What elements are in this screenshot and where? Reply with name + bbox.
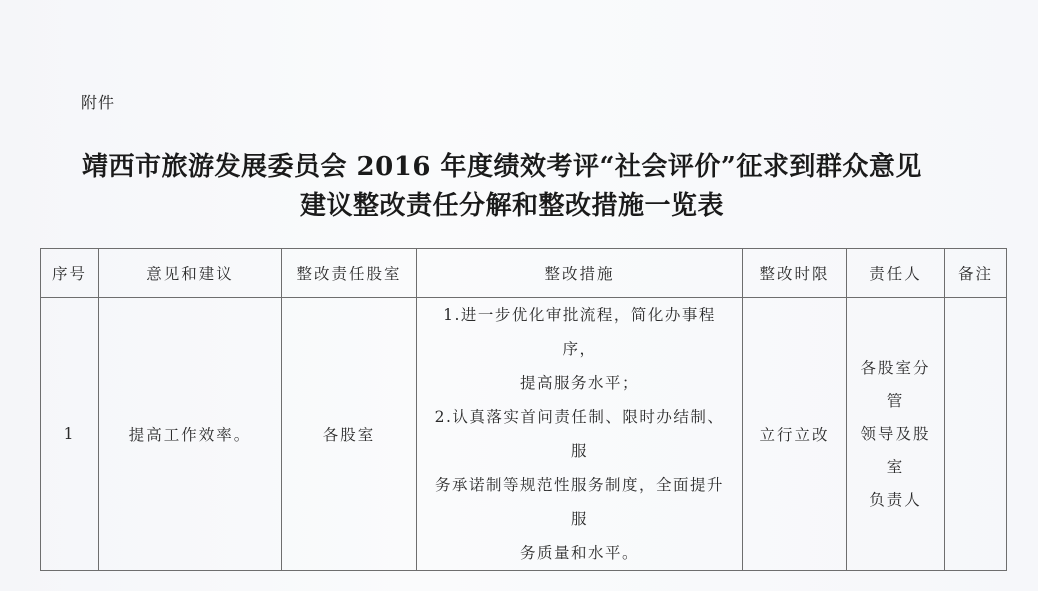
- table-header-row: 序号 意见和建议 整改责任股室 整改措施 整改时限 责任人 备注: [41, 249, 1007, 298]
- header-remarks: 备注: [945, 249, 1007, 298]
- document-page: 附件 靖西市旅游发展委员会 2016 年度绩效考评“社会评价”征求到群众意见 建…: [0, 0, 1038, 591]
- cell-deadline: 立行立改: [743, 298, 847, 571]
- attachment-label: 附件: [81, 90, 115, 113]
- cell-remarks: [945, 298, 1007, 571]
- measure-line: 1.进一步优化审批流程，简化办事程序，: [427, 298, 732, 366]
- header-deadline: 整改时限: [743, 249, 847, 298]
- header-department: 整改责任股室: [282, 249, 417, 298]
- cell-suggestion: 提高工作效率。: [99, 298, 282, 571]
- cell-index: 1: [41, 298, 99, 571]
- document-title-line-2: 建议整改责任分解和整改措施一览表: [300, 185, 724, 222]
- document-title-line-1: 靖西市旅游发展委员会 2016 年度绩效考评“社会评价”征求到群众意见: [82, 146, 922, 183]
- measure-line: 提高服务水平；: [427, 366, 732, 400]
- rectification-table: 序号 意见和建议 整改责任股室 整改措施 整改时限 责任人 备注 1 提高工作效…: [40, 248, 1007, 571]
- owner-line: 负责人: [853, 484, 938, 517]
- header-owner: 责任人: [847, 249, 945, 298]
- cell-owner: 各股室分管 领导及股室 负责人: [847, 298, 945, 571]
- measure-line: 务质量和水平。: [427, 536, 732, 570]
- table-row: 1 提高工作效率。 各股室 1.进一步优化审批流程，简化办事程序， 提高服务水平…: [41, 298, 1007, 571]
- cell-department: 各股室: [282, 298, 417, 571]
- header-index: 序号: [41, 249, 99, 298]
- cell-measures: 1.进一步优化审批流程，简化办事程序， 提高服务水平； 2.认真落实首问责任制、…: [417, 298, 743, 571]
- owner-line: 领导及股室: [853, 418, 938, 484]
- measure-line: 2.认真落实首问责任制、限时办结制、服: [427, 400, 732, 468]
- owner-line: 各股室分管: [853, 352, 938, 418]
- header-suggestion: 意见和建议: [99, 249, 282, 298]
- measure-line: 务承诺制等规范性服务制度，全面提升服: [427, 468, 732, 536]
- header-measures: 整改措施: [417, 249, 743, 298]
